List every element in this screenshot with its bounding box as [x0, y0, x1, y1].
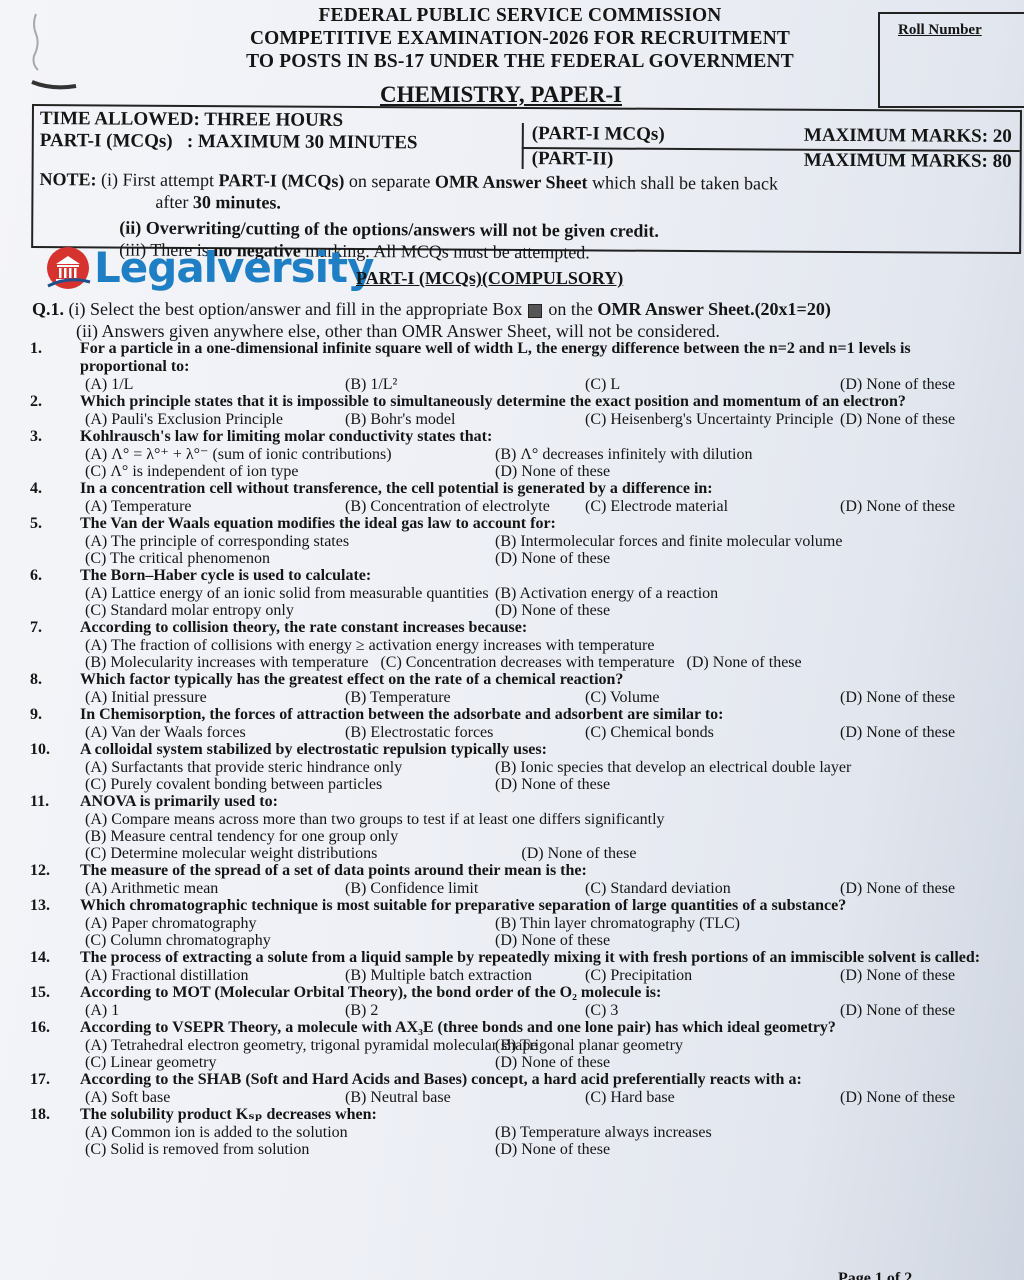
answer-options: (A) Soft base(B) Neutral base(C) Hard ba…: [85, 1089, 1000, 1106]
page-number: Page 1 of 2: [838, 1270, 912, 1280]
answer-option: (A) Pauli's Exclusion Principle: [85, 411, 345, 428]
question-number: 9.: [30, 706, 42, 724]
answer-option: (D) None of these: [840, 967, 1024, 984]
answer-option: (D) None of these: [495, 932, 945, 949]
question-number: 18.: [30, 1106, 50, 1124]
answer-option: (C) L: [585, 376, 840, 393]
question-number: 14.: [30, 949, 50, 967]
answer-options: (A) Common ion is added to the solution(…: [85, 1124, 1000, 1158]
answer-option: (B) Temperature: [345, 689, 585, 706]
q1-line1-cont: on the: [548, 299, 597, 319]
q1-label: Q.1.: [32, 299, 64, 319]
question-text: According to MOT (Molecular Orbital Theo…: [80, 984, 1000, 1002]
answer-option: (D) None of these: [495, 1054, 945, 1071]
answer-option: (A) Temperature: [85, 498, 345, 515]
divider: [522, 123, 524, 169]
header-line-1: FEDERAL PUBLIC SERVICE COMMISSION: [200, 4, 840, 27]
answer-option: (A) 1/L: [85, 376, 345, 393]
answer-option: (C) Volume: [585, 689, 840, 706]
answer-option: (A) Surfactants that provide steric hind…: [85, 759, 495, 776]
question-text: The measure of the spread of a set of da…: [80, 862, 1000, 880]
roll-number-label: Roll Number: [898, 22, 982, 39]
exam-header: FEDERAL PUBLIC SERVICE COMMISSION COMPET…: [190, 4, 850, 73]
answer-option: (D) None of these: [840, 376, 1024, 393]
answer-option: (C) Precipitation: [585, 967, 840, 984]
answer-option: (C) Standard molar entropy only: [85, 602, 495, 619]
question-number: 15.: [30, 984, 50, 1002]
part1-time: PART-I (MCQs) : MAXIMUM 30 MINUTES: [40, 130, 418, 154]
question-number: 3.: [30, 428, 42, 446]
answer-option: (D) None of these: [495, 463, 945, 480]
answer-option: (C) Chemical bonds: [585, 724, 840, 741]
answer-option: (C) The critical phenomenon: [85, 550, 495, 567]
answer-option: (D) None of these: [495, 602, 945, 619]
answer-option: (C) 3: [585, 1002, 840, 1019]
answer-option: (D) None of these: [840, 880, 1024, 897]
answer-option: (B) 1/L²: [345, 376, 585, 393]
answer-option: (C) Column chromatography: [85, 932, 495, 949]
section-title: PART-I (MCQs)(COMPULSORY): [356, 268, 623, 289]
q1-instructions: Q.1. (i) Select the best option/answer a…: [32, 298, 1022, 342]
answer-option: (B) Confidence limit: [345, 880, 585, 897]
answer-option: (A) Compare means across more than two g…: [85, 811, 1000, 828]
answer-option: (B) Neutral base: [345, 1089, 585, 1106]
answer-options: (A) Temperature(B) Concentration of elec…: [85, 498, 1000, 515]
answer-option: (D) None of these: [840, 724, 1024, 741]
question-text: The Born–Haber cycle is used to calculat…: [80, 567, 1000, 585]
question-number: 7.: [30, 619, 42, 637]
part1-marks-row: (PART-I MCQs) MAXIMUM MARKS: 20: [532, 123, 1012, 148]
answer-option: (D) None of these: [495, 1141, 945, 1158]
time-info: TIME ALLOWED: THREE HOURS PART-I (MCQs) …: [40, 108, 418, 154]
question-text: ANOVA is primarily used to:: [80, 793, 1000, 811]
question-item: 16.According to VSEPR Theory, a molecule…: [30, 1019, 1000, 1071]
part2-label: (PART-II): [532, 148, 614, 170]
question-item: 1.For a particle in a one-dimensional in…: [30, 340, 1000, 393]
note-text: on separate: [344, 171, 435, 192]
answer-option: (B) Ionic species that develop an electr…: [495, 759, 945, 776]
answer-options: (A) Λ° = λ°⁺ + λ°⁻ (sum of ionic contrib…: [85, 446, 1000, 480]
q1-line1: (i) Select the best option/answer and fi…: [69, 299, 523, 319]
answer-option: (B) Molecularity increases with temperat…: [85, 654, 1000, 671]
part2-marks: MAXIMUM MARKS: 80: [804, 150, 1012, 173]
note-num: (ii): [119, 218, 141, 238]
question-item: 6.The Born–Haber cycle is used to calcul…: [30, 567, 1000, 619]
question-item: 9.In Chemisorption, the forces of attrac…: [30, 706, 1000, 741]
answer-option: (A) Paper chromatography: [85, 915, 495, 932]
answer-option: (A) The principle of corresponding state…: [85, 533, 495, 550]
note-num: (i): [101, 169, 118, 189]
legalversity-logo-icon: [44, 244, 92, 292]
question-text: Which chromatographic technique is most …: [80, 897, 1000, 915]
answer-option: (B) Λ° decreases infinitely with dilutio…: [495, 446, 945, 463]
answer-options: (A) The principle of corresponding state…: [85, 533, 1000, 567]
question-number: 17.: [30, 1071, 50, 1089]
question-item: 14.The process of extracting a solute fr…: [30, 949, 1000, 984]
question-item: 10.A colloidal system stabilized by elec…: [30, 741, 1000, 793]
answer-option: (B) 2: [345, 1002, 585, 1019]
answer-options: (A) Arithmetic mean(B) Confidence limit(…: [85, 880, 1000, 897]
answer-options: (A) The fraction of collisions with ener…: [85, 637, 1000, 671]
part1-label: (PART-I MCQs): [532, 123, 665, 146]
question-item: 7.According to collision theory, the rat…: [30, 619, 1000, 671]
answer-option: (D) None of these: [840, 1089, 1024, 1106]
part1-marks: MAXIMUM MARKS: 20: [804, 125, 1012, 148]
q1-line1-bold: OMR Answer Sheet.(20x1=20): [597, 299, 830, 319]
answer-option: (A) Lattice energy of an ionic solid fro…: [85, 585, 495, 602]
question-item: 2.Which principle states that it is impo…: [30, 393, 1000, 428]
paper-title: CHEMISTRY, PAPER-I: [380, 82, 622, 108]
exam-info-box: TIME ALLOWED: THREE HOURS PART-I (MCQs) …: [31, 104, 1022, 254]
answer-option: (A) Λ° = λ°⁺ + λ°⁻ (sum of ionic contrib…: [85, 446, 495, 463]
answer-option: (D) None of these: [495, 550, 945, 567]
question-item: 12.The measure of the spread of a set of…: [30, 862, 1000, 897]
question-item: 17.According to the SHAB (Soft and Hard …: [30, 1071, 1000, 1106]
answer-option: (B) Concentration of electrolyte: [345, 498, 585, 515]
answer-option: (A) Van der Waals forces: [85, 724, 345, 741]
header-line-3: TO POSTS IN BS-17 UNDER THE FEDERAL GOVE…: [200, 50, 840, 73]
question-text: For a particle in a one-dimensional infi…: [80, 340, 1000, 376]
answer-option: (D) None of these: [840, 498, 1024, 515]
answer-option: (A) The fraction of collisions with ener…: [85, 637, 1000, 654]
question-text: According to the SHAB (Soft and Hard Aci…: [80, 1071, 1000, 1089]
answer-option: (D) None of these: [495, 776, 945, 793]
part2-marks-row: (PART-II) MAXIMUM MARKS: 80: [532, 148, 1012, 173]
answer-option: (A) Tetrahedral electron geometry, trigo…: [85, 1037, 495, 1054]
answer-option: (B) Thin layer chromatography (TLC): [495, 915, 945, 932]
question-text: The process of extracting a solute from …: [80, 949, 1000, 967]
answer-options: (A) Lattice energy of an ionic solid fro…: [85, 585, 1000, 619]
answer-option: (A) Soft base: [85, 1089, 345, 1106]
question-text: In Chemisorption, the forces of attracti…: [80, 706, 1000, 724]
roll-number-box[interactable]: Roll Number: [878, 12, 1024, 108]
answer-option: (C) Purely covalent bonding between part…: [85, 776, 495, 793]
question-number: 1.: [30, 340, 42, 358]
answer-option: (A) Initial pressure: [85, 689, 345, 706]
question-item: 4.In a concentration cell without transf…: [30, 480, 1000, 515]
legalversity-brand-text: Legalversity: [94, 244, 373, 292]
answer-options: (A) Compare means across more than two g…: [85, 811, 1000, 862]
note-text: First attempt: [122, 170, 218, 191]
answer-options: (A) Surfactants that provide steric hind…: [85, 759, 1000, 793]
header-line-2: COMPETITIVE EXAMINATION-2026 FOR RECRUIT…: [200, 27, 840, 50]
question-text: Which factor typically has the greatest …: [80, 671, 1000, 689]
answer-option: (C) Heisenberg's Uncertainty Principle: [585, 411, 840, 428]
question-item: 18.The solubility product Kₛₚ decreases …: [30, 1106, 1000, 1158]
question-text: In a concentration cell without transfer…: [80, 480, 1000, 498]
question-text: According to VSEPR Theory, a molecule wi…: [80, 1019, 1000, 1037]
answer-option: (C) Λ° is independent of ion type: [85, 463, 495, 480]
note-text: OMR Answer Sheet: [435, 171, 588, 192]
question-number: 4.: [30, 480, 42, 498]
answer-options: (A) Fractional distillation(B) Multiple …: [85, 967, 1000, 984]
answer-option: (D) None of these: [840, 689, 1024, 706]
q1-line2: (ii) Answers given anywhere else, other …: [32, 320, 1022, 342]
answer-options: (A) 1(B) 2(C) 3(D) None of these: [85, 1002, 1000, 1019]
question-item: 5.The Van der Waals equation modifies th…: [30, 515, 1000, 567]
answer-option: (C) Solid is removed from solution: [85, 1141, 495, 1158]
question-text: A colloidal system stabilized by electro…: [80, 741, 1000, 759]
exam-paper-page: FEDERAL PUBLIC SERVICE COMMISSION COMPET…: [0, 0, 1024, 1280]
answer-options: (A) Tetrahedral electron geometry, trigo…: [85, 1037, 1000, 1071]
legalversity-watermark: Legalversity: [44, 244, 373, 292]
answer-options: (A) Initial pressure(B) Temperature(C) V…: [85, 689, 1000, 706]
omr-box-icon: [528, 304, 542, 318]
question-number: 5.: [30, 515, 42, 533]
answer-option: (A) Fractional distillation: [85, 967, 345, 984]
question-text: According to collision theory, the rate …: [80, 619, 1000, 637]
answer-option: (C) Electrode material: [585, 498, 840, 515]
answer-option: (B) Bohr's model: [345, 411, 585, 428]
government-crest-icon: [26, 8, 88, 94]
question-item: 13.Which chromatographic technique is mo…: [30, 897, 1000, 949]
answer-option: (C) Linear geometry: [85, 1054, 495, 1071]
question-item: 3.Kohlrausch's law for limiting molar co…: [30, 428, 1000, 480]
question-number: 13.: [30, 897, 50, 915]
note-text: which shall be taken back: [587, 172, 778, 193]
answer-option: (B) Intermolecular forces and finite mol…: [495, 533, 945, 550]
answer-options: (A) 1/L(B) 1/L²(C) L(D) None of these: [85, 376, 1000, 393]
answer-option: (B) Measure central tendency for one gro…: [85, 828, 1000, 845]
question-text: The Van der Waals equation modifies the …: [80, 515, 1000, 533]
question-number: 6.: [30, 567, 42, 585]
question-number: 12.: [30, 862, 50, 880]
answer-option: (A) 1: [85, 1002, 345, 1019]
note-text: Overwriting/cutting of the options/answe…: [146, 218, 659, 241]
answer-option: (B) Temperature always increases: [495, 1124, 945, 1141]
note-text: after: [155, 192, 193, 212]
question-number: 16.: [30, 1019, 50, 1037]
answer-option: (B) Trigonal planar geometry: [495, 1037, 945, 1054]
note-text: 30 minutes.: [193, 192, 281, 213]
answer-option: (B) Multiple batch extraction: [345, 967, 585, 984]
question-text: Kohlrausch's law for limiting molar cond…: [80, 428, 1000, 446]
note-label: NOTE:: [39, 169, 96, 189]
question-item: 8.Which factor typically has the greates…: [30, 671, 1000, 706]
answer-option: (B) Electrostatic forces: [345, 724, 585, 741]
answer-option: (C) Determine molecular weight distribut…: [85, 845, 1000, 862]
question-number: 10.: [30, 741, 50, 759]
question-number: 8.: [30, 671, 42, 689]
note-text: PART-I (MCQs): [218, 170, 344, 191]
question-number: 11.: [30, 793, 49, 811]
question-item: 11.ANOVA is primarily used to:(A) Compar…: [30, 793, 1000, 862]
answer-option: (A) Arithmetic mean: [85, 880, 345, 897]
time-allowed: TIME ALLOWED: THREE HOURS: [40, 108, 418, 132]
answer-option: (C) Hard base: [585, 1089, 840, 1106]
answer-option: (C) Standard deviation: [585, 880, 840, 897]
question-item: 15.According to MOT (Molecular Orbital T…: [30, 984, 1000, 1019]
answer-option: (A) Common ion is added to the solution: [85, 1124, 495, 1141]
answer-options: (A) Pauli's Exclusion Principle(B) Bohr'…: [85, 411, 1000, 428]
question-list: 1.For a particle in a one-dimensional in…: [30, 340, 1000, 1158]
answer-options: (A) Paper chromatography(B) Thin layer c…: [85, 915, 1000, 949]
answer-option: (B) Activation energy of a reaction: [495, 585, 945, 602]
question-number: 2.: [30, 393, 42, 411]
answer-option: (D) None of these: [840, 411, 1024, 428]
answer-option: (D) None of these: [840, 1002, 1024, 1019]
question-text: Which principle states that it is imposs…: [80, 393, 1000, 411]
answer-options: (A) Van der Waals forces(B) Electrostati…: [85, 724, 1000, 741]
question-text: The solubility product Kₛₚ decreases whe…: [80, 1106, 1000, 1124]
